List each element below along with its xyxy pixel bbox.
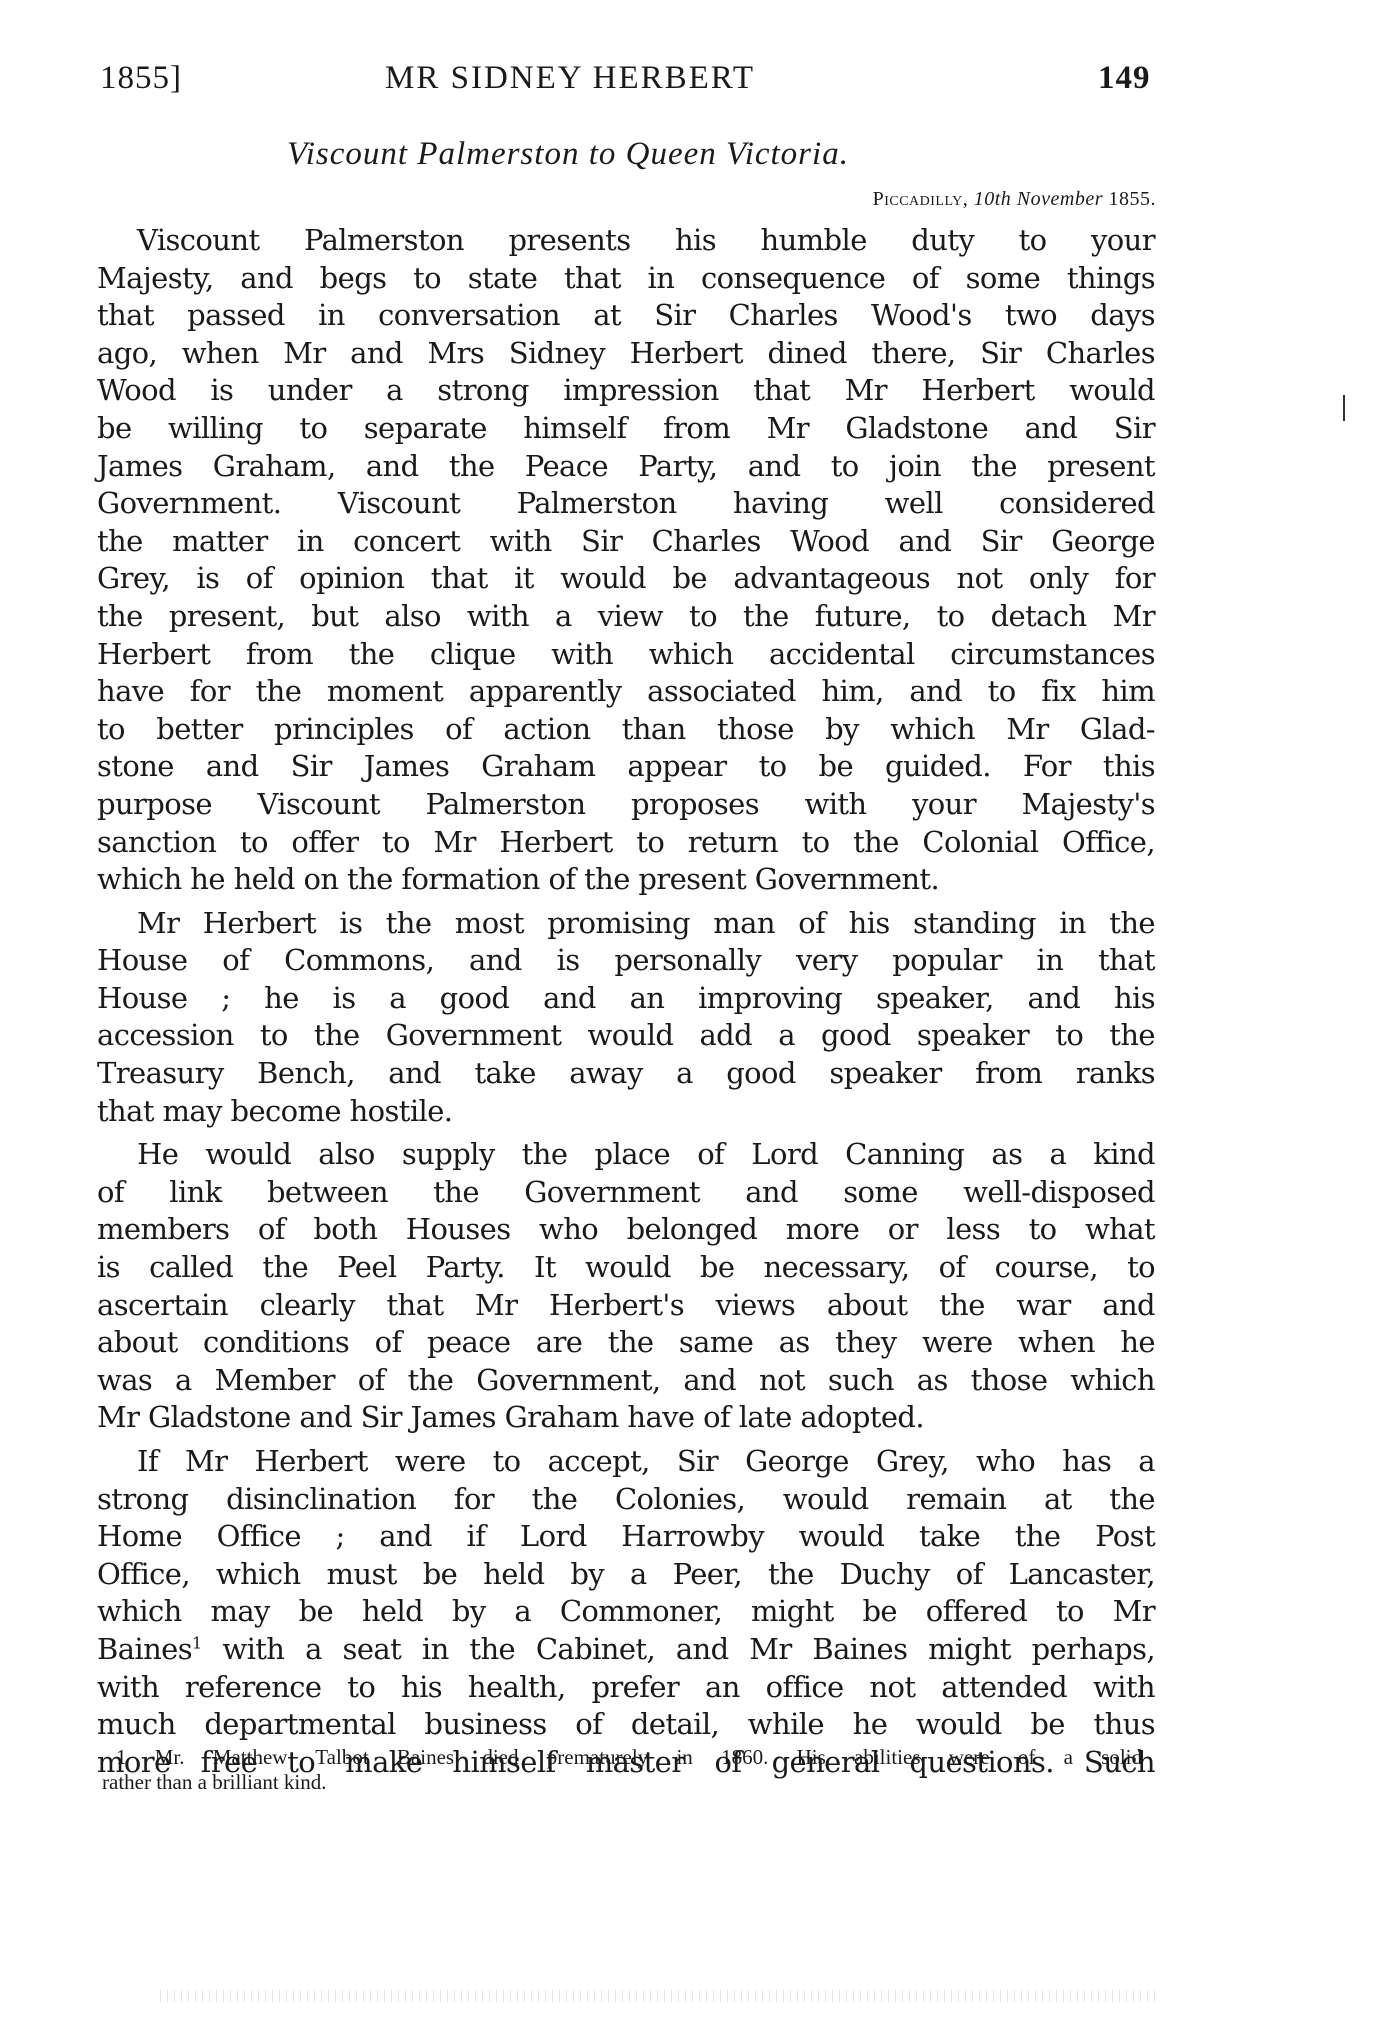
text-line: is called the Peel Party. It would be ne… — [97, 1249, 1155, 1287]
text-line: was a Member of the Government, and not … — [97, 1362, 1155, 1400]
running-head-title: MR SIDNEY HERBERT — [0, 60, 1395, 97]
text-line: He would also supply the place of Lord C… — [97, 1136, 1155, 1174]
text-line: the matter in concert with Sir Charles W… — [97, 523, 1155, 561]
letter-dateline: Piccadilly, 10th November 1855. — [0, 188, 1156, 211]
footnote-line: 1 Mr. Matthew Talbot Baines died prematu… — [102, 1745, 1142, 1770]
text-line: members of both Houses who belonged more… — [97, 1211, 1155, 1249]
text-line: to better principles of action than thos… — [97, 711, 1155, 749]
text-line: Grey, is of opinion that it would be adv… — [97, 560, 1155, 598]
text-line: have for the moment apparently associate… — [97, 673, 1155, 711]
dateline-place: Piccadilly, — [873, 188, 969, 210]
text-line: stone and Sir James Graham appear to be … — [97, 748, 1155, 786]
footnote: 1 Mr. Matthew Talbot Baines died prematu… — [102, 1745, 1142, 1795]
text-line: of link between the Government and some … — [97, 1174, 1155, 1212]
text-line: Wood is under a strong impression that M… — [97, 372, 1155, 410]
text-line: strong disinclination for the Colonies, … — [97, 1481, 1155, 1519]
text-line: James Graham, and the Peace Party, and t… — [97, 448, 1155, 486]
text-line: Treasury Bench, and take away a good spe… — [97, 1055, 1155, 1093]
text-line: the present, but also with a view to the… — [97, 598, 1155, 636]
text-line: House ; he is a good and an improving sp… — [97, 980, 1155, 1018]
text-line: that may become hostile. — [97, 1093, 1155, 1131]
page-number: 149 — [1098, 60, 1151, 97]
text-line: accession to the Government would add a … — [97, 1017, 1155, 1055]
text-fragment: Baines — [97, 1632, 192, 1666]
text-line: House of Commons, and is personally very… — [97, 942, 1155, 980]
footnote-line: rather than a brilliant kind. — [102, 1770, 1142, 1795]
letter-title: Viscount Palmerston to Queen Victoria. — [0, 136, 1395, 173]
text-line-with-footnote: Baines1 with a seat in the Cabinet, and … — [97, 1631, 1155, 1669]
scan-noise — [160, 1990, 1160, 2002]
text-line: ascertain clearly that Mr Herbert's view… — [97, 1287, 1155, 1325]
text-line: ago, when Mr and Mrs Sidney Herbert dine… — [97, 335, 1155, 373]
text-line: which he held on the formation of the pr… — [97, 861, 1155, 899]
letter-body: Viscount Palmerston presents his humble … — [97, 222, 1155, 1787]
text-line: with reference to his health, prefer an … — [97, 1669, 1155, 1707]
text-line: that passed in conversation at Sir Charl… — [97, 297, 1155, 335]
text-line: If Mr Herbert were to accept, Sir George… — [97, 1443, 1155, 1481]
text-line: Mr Gladstone and Sir James Graham have o… — [97, 1399, 1155, 1437]
paragraph-4: If Mr Herbert were to accept, Sir George… — [97, 1443, 1155, 1781]
text-fragment: with a seat in the Cabinet, and Mr Baine… — [222, 1632, 1155, 1666]
paragraph-2: Mr Herbert is the most promising man of … — [97, 905, 1155, 1131]
paragraph-1: Viscount Palmerston presents his humble … — [97, 222, 1155, 899]
text-line: Majesty, and begs to state that in conse… — [97, 260, 1155, 298]
text-line: Herbert from the clique with which accid… — [97, 636, 1155, 674]
margin-mark — [1343, 395, 1345, 421]
text-line: Viscount Palmerston presents his humble … — [97, 222, 1155, 260]
text-line: about conditions of peace are the same a… — [97, 1324, 1155, 1362]
text-line: be willing to separate himself from Mr G… — [97, 410, 1155, 448]
dateline-month: November — [1017, 188, 1103, 210]
text-line: Home Office ; and if Lord Harrowby would… — [97, 1518, 1155, 1556]
text-line: Mr Herbert is the most promising man of … — [97, 905, 1155, 943]
text-line: purpose Viscount Palmerston proposes wit… — [97, 786, 1155, 824]
text-line: Government. Viscount Palmerston having w… — [97, 485, 1155, 523]
dateline-year: 1855. — [1109, 188, 1157, 210]
text-line: which may be held by a Commoner, might b… — [97, 1593, 1155, 1631]
text-line: sanction to offer to Mr Herbert to retur… — [97, 824, 1155, 862]
paragraph-3: He would also supply the place of Lord C… — [97, 1136, 1155, 1437]
dateline-day: 10th — [974, 188, 1012, 210]
text-line: Office, which must be held by a Peer, th… — [97, 1556, 1155, 1594]
footnote-reference[interactable]: 1 — [192, 1633, 202, 1652]
text-line: much departmental business of detail, wh… — [97, 1706, 1155, 1744]
